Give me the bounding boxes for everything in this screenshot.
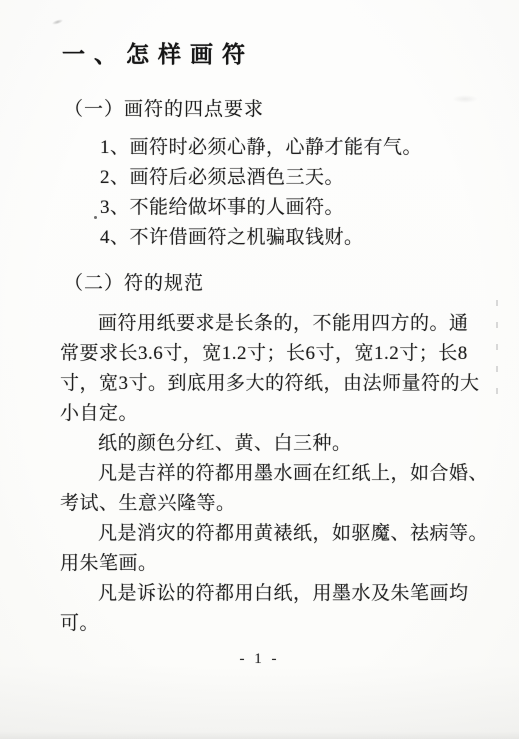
text-line: 用朱笔画。 — [60, 549, 500, 579]
text-line: 凡是吉祥的符都用墨水画在红纸上，如合婚、 — [60, 459, 500, 489]
scanned-book-page: 一、怎样画符 （一）画符的四点要求 1、画符时必须心静，心静才能有气。 2、画符… — [0, 0, 519, 739]
section-2-body: 画符用纸要求是长条的，不能用四方的。通 常要求长3.6寸，宽1.2寸；长6寸，宽… — [60, 309, 500, 639]
text-line: 寸，宽3寸。到底用多大的符纸，由法师量符的大 — [60, 369, 500, 399]
list-item-1: 1、画符时必须心静，心静才能有气。 — [100, 133, 422, 163]
text-line: 考试、生意兴隆等。 — [60, 489, 500, 519]
text-line: 常要求长3.6寸，宽1.2寸；长6寸，宽1.2寸；长8 — [60, 339, 500, 369]
text-line: 画符用纸要求是长条的，不能用四方的。通 — [60, 309, 500, 339]
text-line: 凡是诉讼的符都用白纸，用墨水及朱笔画均 — [60, 579, 500, 609]
scan-smudge-artifact — [452, 95, 478, 103]
section-2-heading: （二）符的规范 — [64, 268, 204, 295]
text-line: 小自定。 — [60, 399, 500, 429]
scan-dot-artifact — [94, 216, 97, 219]
list-item-4: 4、不许借画符之机骗取钱财。 — [100, 223, 422, 253]
text-line: 纸的颜色分红、黄、白三种。 — [60, 429, 500, 459]
text-line: 可。 — [60, 609, 500, 639]
text-line: 凡是消灾的符都用黄裱纸，如驱魔、祛病等。 — [60, 519, 500, 549]
chapter-title: 一、怎样画符 — [62, 36, 254, 69]
list-item-2: 2、画符后必须忌酒色三天。 — [100, 163, 422, 193]
list-item-3: 3、不能给做坏事的人画符。 — [100, 193, 422, 223]
page-number: - 1 - — [0, 651, 519, 668]
requirements-list: 1、画符时必须心静，心静才能有气。 2、画符后必须忌酒色三天。 3、不能给做坏事… — [100, 133, 422, 253]
section-1-heading: （一）画符的四点要求 — [64, 94, 264, 121]
scan-speck-artifact — [52, 18, 64, 25]
